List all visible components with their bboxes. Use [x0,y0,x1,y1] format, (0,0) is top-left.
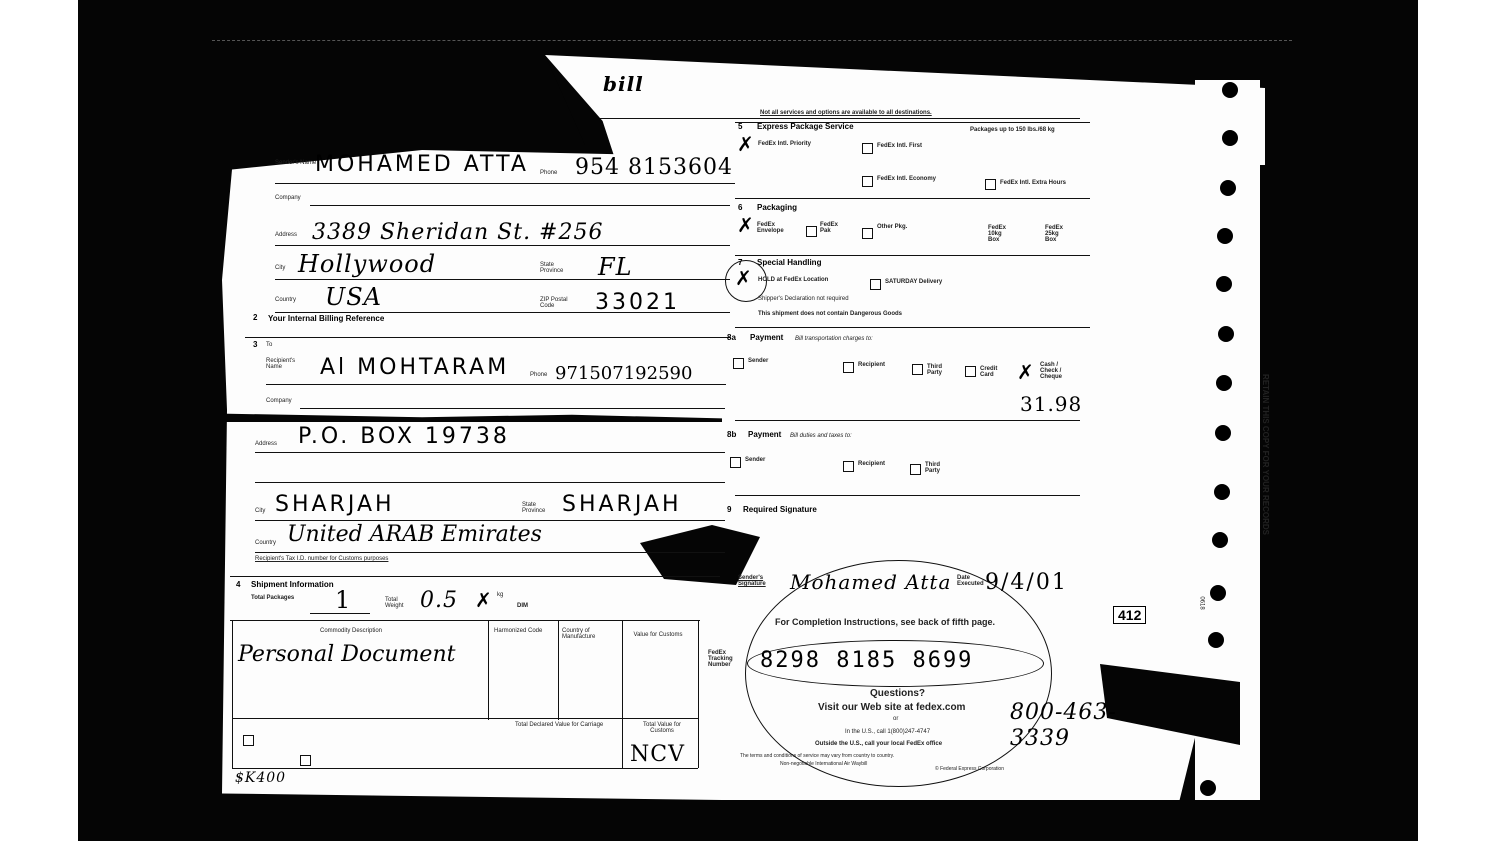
packaging-title: Packaging [757,203,797,212]
sender-city: Hollywood [298,250,436,278]
checkbox-intl-economy[interactable] [862,176,873,187]
checkbox-8b-recipient[interactable] [843,461,854,472]
fedex-pak-label: FedEx Pak [820,222,850,234]
checkbox-8a-third-party[interactable] [912,364,923,375]
fedex-envelope-label: FedEx Envelope [757,222,792,234]
sender-address-label: Address [275,232,297,238]
web-site-label: Visit our Web site at fedex.com [818,702,965,713]
checkbox-8a-recipient[interactable] [843,362,854,373]
feed-hole [1210,585,1226,601]
commodity-description: Personal Document [238,642,455,667]
questions-label: Questions? [870,688,925,699]
side-code: 0618 [1199,596,1205,609]
payment-8b-recipient-label: Recipient [858,461,885,467]
payment-8b-title: Payment [748,430,781,439]
recipient-to-label: To [266,342,272,348]
sender-signature-label: Sender's Signature [738,575,773,587]
checkbox-sed[interactable] [300,755,311,766]
feed-hole [1200,780,1216,796]
weight-unit-check-mark: ✗ [475,588,492,612]
shipper-declaration-label: Shipper's Declaration not required [758,296,849,302]
harmonized-code-label: Harmonized Code [494,628,542,634]
payment-8a-subtitle: Bill transportation charges to: [795,336,873,342]
section-5-number: 5 [738,122,742,131]
service-notice: Not all services and options are availab… [760,110,932,116]
payment-8b-sender-label: Sender [745,457,765,463]
feed-hole [1216,276,1232,292]
total-customs-value-label: Total Value for Customs [632,722,692,734]
sender-phone-label: Phone [540,170,557,176]
recipient-phone: 971507192590 [555,363,692,384]
feed-hole [1212,532,1228,548]
dangerous-goods-label: This shipment does not contain Dangerous… [758,311,902,317]
checkbox-8b-sender[interactable] [730,457,741,468]
section-4-number: 4 [236,580,240,589]
cash-check-mark: ✗ [1017,360,1034,384]
page-margin [1418,0,1500,841]
intl-economy-label: FedEx Intl. Economy [877,176,936,182]
checkbox-fedex-pak[interactable] [806,226,817,237]
handwritten-footnote: $K400 [235,770,286,786]
hold-check-mark: ✗ [735,266,752,290]
feed-hole [1217,228,1233,244]
payment-8a-recipient-label: Recipient [858,362,885,368]
intl-priority-label: FedEx Intl. Priority [758,141,811,147]
payment-8a-credit-card-label: Credit Card [980,366,1005,378]
total-weight: 0.5 [420,588,458,613]
checkbox-other-pkg[interactable] [862,228,873,239]
recipient-name-label: Recipient's Name [266,358,302,370]
fedex-25kg-box-label: FedEx 25kg Box [1045,225,1067,243]
checkbox-8a-credit-card[interactable] [965,366,976,377]
recipient-address-label: Address [255,441,277,447]
total-weight-label: Total Weight [385,597,410,609]
us-call-label: In the U.S., call 1(800)247-4747 [845,729,930,735]
express-service-title: Express Package Service [757,122,854,131]
sender-state-label: State Province [540,262,570,274]
recipient-state: SHARJAH [562,492,682,517]
saturday-delivery-label: SATURDAY Delivery [885,279,942,285]
special-handling-title: Special Handling [757,258,821,267]
checkbox-8b-third-party[interactable] [910,464,921,475]
intl-priority-check-mark: ✗ [737,132,754,156]
recipient-city-label: City [255,508,265,514]
recipient-tax-id-label: Recipient's Tax I.D. number for Customs … [255,556,388,562]
total-packages-label: Total Packages [251,595,294,601]
section-8b-number: 8b [727,430,736,439]
payment-amount: 31.98 [1020,392,1082,416]
sender-state: FL [598,253,633,281]
tracking-number-label: FedEx Tracking Number [708,650,738,668]
recipient-city: SHARJAH [275,492,395,517]
country-of-manufacture-label: Country of Manufacture [562,628,617,640]
airbill-left-section [222,150,722,800]
checkbox-intl-first[interactable] [862,143,873,154]
checkbox-saturday-delivery[interactable] [870,279,881,290]
billing-reference-label: Your Internal Billing Reference [268,314,384,323]
intl-extra-hours-label: FedEx Intl. Extra Hours [1000,180,1066,186]
shipment-title: Shipment Information [251,580,334,589]
sender-country-label: Country [275,297,296,303]
sender-address: 3389 Sheridan St. #256 [312,220,603,245]
recipient-state-label: State Province [522,502,552,514]
sender-name: MOHAMED ATTA [315,152,529,177]
payment-8a-cash-label: Cash / Check / Cheque [1040,362,1075,380]
feed-hole [1218,326,1234,342]
checkbox-8a-sender[interactable] [733,358,744,369]
signature-title: Required Signature [743,505,817,514]
feed-hole [1214,484,1230,500]
fedex-envelope-check-mark: ✗ [737,213,754,237]
feed-hole [1222,82,1238,98]
header-word: bill [603,72,644,96]
description-label: Commodity Description [320,628,382,634]
completion-instructions: For Completion Instructions, see back of… [775,617,995,627]
feed-hole [1220,180,1236,196]
checkbox-export[interactable] [243,735,254,746]
checkbox-intl-extra-hours[interactable] [985,179,996,190]
terms-footer: The terms and conditions of service may … [740,753,894,759]
recipient-company-label: Company [266,398,292,404]
sender-zip-label: ZIP Postal Code [540,297,575,309]
sender-phone: 954 8153604 [575,155,733,180]
hold-at-location-label: HOLD at FedEx Location [758,277,828,283]
weight-unit: kg [497,592,503,598]
form-code: 412 [1113,606,1146,624]
feed-hole [1215,425,1231,441]
payment-8a-third-party-label: Third Party [927,364,952,376]
retain-copy-note: RETAIN THIS COPY FOR YOUR RECORDS [1261,374,1270,535]
recipient-country: United ARAB Emirates [287,522,542,547]
payment-8b-third-party-label: Third Party [925,462,950,474]
section-8a-number: 8a [727,333,736,342]
feed-hole [1208,632,1224,648]
section-6-number: 6 [738,203,742,212]
sender-country: USA [325,283,382,311]
outside-us-label: Outside the U.S., call your local FedEx … [815,741,942,747]
total-customs-value: NCV [630,742,685,767]
feed-hole [1216,375,1232,391]
payment-8b-subtitle: Bill duties and taxes to: [790,433,852,439]
recipient-address: P.O. BOX 19738 [298,424,510,449]
sender-name-label: Sender's Name [275,160,316,166]
tracking-number: 8298 8185 8699 [760,648,973,673]
weight-limit-note: Packages up to 150 lbs./68 kg [970,127,1055,133]
sender-company-label: Company [275,195,301,201]
total-declared-value-label: Total Declared Value for Carriage [515,722,610,728]
recipient-country-label: Country [255,540,276,546]
recipient-name: Al MOHTARAM [320,355,509,380]
payment-8a-title: Payment [750,333,783,342]
dim-label: DIM [517,603,528,609]
handwritten-phone: 800-463-3339 [1010,700,1140,752]
sender-city-label: City [275,265,285,271]
section-2-number: 2 [253,313,257,322]
copyright-footer: © Federal Express Corporation [935,766,1004,772]
fedex-10kg-box-label: FedEx 10kg Box [988,225,1010,243]
or-label: or [893,716,898,722]
total-packages: 1 [335,586,351,614]
section-3-number: 3 [253,340,257,349]
section-9-number: 9 [727,505,731,514]
feed-hole [1222,130,1238,146]
non-negotiable-footer: Non-negotiable International Air Waybill [780,761,867,767]
customs-value-label: Value for Customs [628,632,688,638]
intl-first-label: FedEx Intl. First [877,143,922,149]
payment-8a-sender-label: Sender [748,358,768,364]
recipient-phone-label: Phone [530,372,547,378]
other-pkg-label: Other Pkg. [877,224,907,230]
